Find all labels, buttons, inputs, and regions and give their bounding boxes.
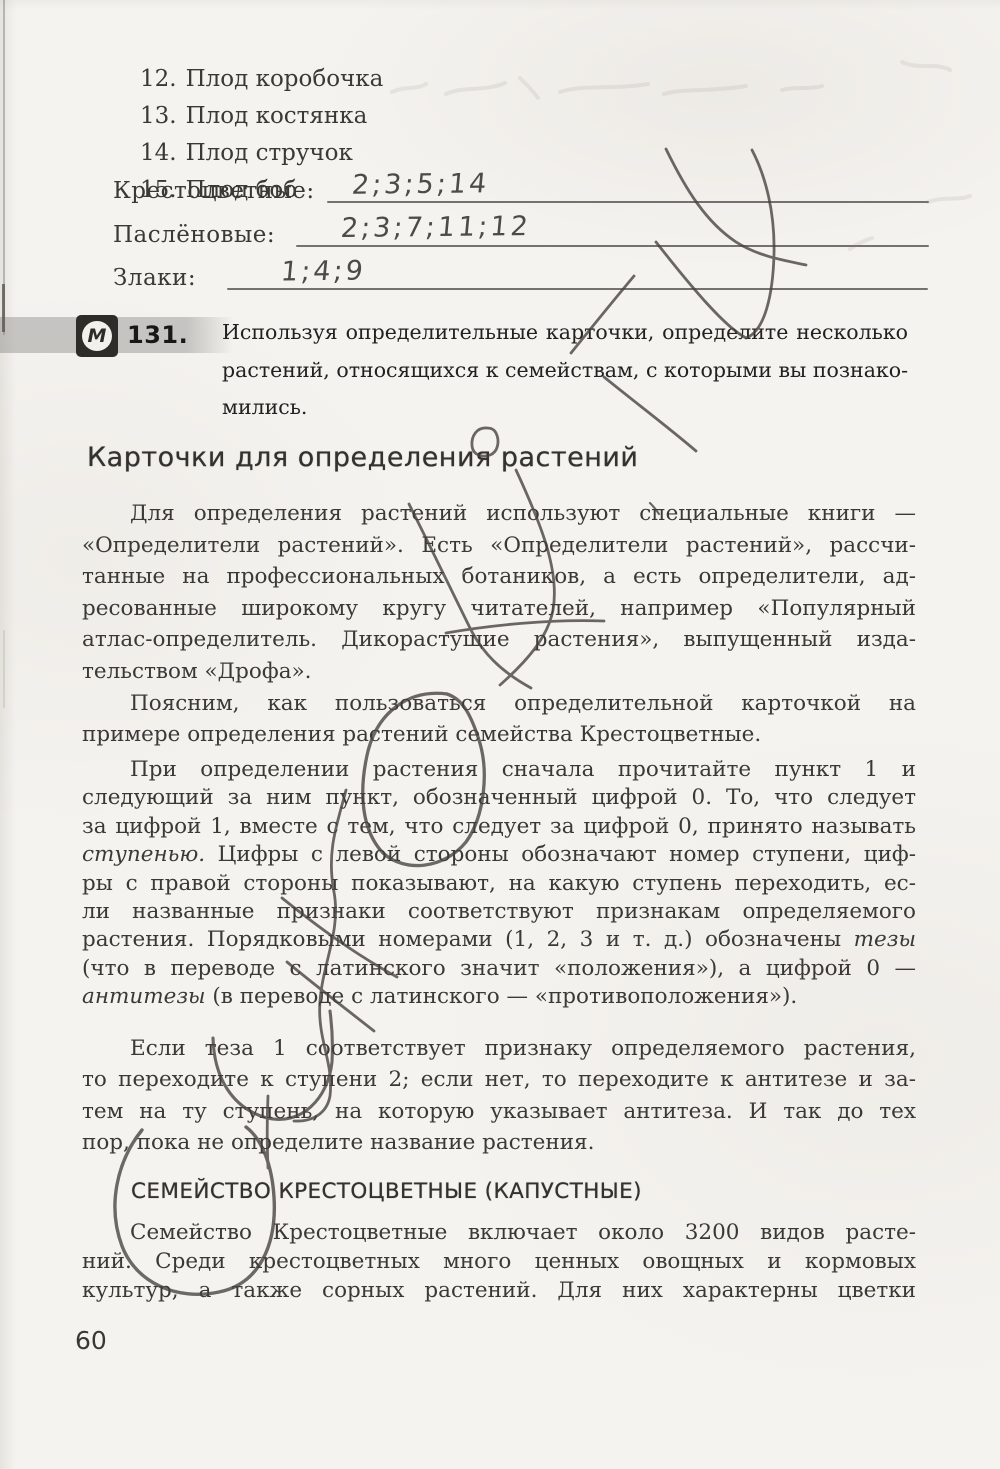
text-segment: следующий за ним пункт, обозначенный циф… bbox=[82, 785, 916, 810]
answer-row-label: Злаки: bbox=[113, 265, 196, 291]
paragraph-block-ifthen: Если теза 1 соответствует признаку опред… bbox=[82, 1036, 916, 1162]
paragraph-line: ступенью. Цифры с левой стороны обознача… bbox=[82, 842, 916, 870]
paragraph-block-intro: Для определения растений используют спец… bbox=[82, 501, 916, 754]
paragraph-line: ний. Среди крестоцветных много ценных ов… bbox=[82, 1249, 916, 1278]
list-item-number: 13. bbox=[140, 103, 177, 129]
paragraph-line: тельством «Дрофа». bbox=[82, 659, 916, 691]
pen-stroke bbox=[656, 150, 774, 338]
paragraph-line: следующий за ним пункт, обозначенный циф… bbox=[82, 785, 916, 813]
paragraph-line: Поясним, как пользоваться определительно… bbox=[82, 691, 916, 723]
text-segment: атлас-определитель. Дикорастущие растени… bbox=[82, 627, 916, 652]
paragraph-line: (что в переводе с латинского значит «пол… bbox=[82, 956, 916, 984]
pen-stroke bbox=[666, 149, 806, 265]
text-segment: то переходите к ступени 2; если нет, то … bbox=[82, 1067, 916, 1092]
paragraph-line: «Определители растений». Есть «Определит… bbox=[82, 533, 916, 565]
text-segment: культур, а также сорных растений. Для ни… bbox=[82, 1278, 916, 1303]
paragraph-line: растения. Порядковыми номерами (1, 2, 3 … bbox=[82, 927, 916, 955]
text-segment: примере определения растений семейства К… bbox=[82, 722, 761, 747]
text-segment: Для определения растений используют спец… bbox=[130, 501, 916, 526]
list-item: 12.Плод коробочка bbox=[140, 66, 383, 92]
paragraph-line: При определении растения сначала прочита… bbox=[82, 757, 916, 785]
answer-row-label: Крестоцветные: bbox=[113, 178, 315, 204]
paragraph-line: Для определения растений используют спец… bbox=[82, 501, 916, 533]
paragraph-line: Если теза 1 соответствует признаку опред… bbox=[82, 1036, 916, 1067]
paragraph-line: Семейство Крестоцветные включает около 3… bbox=[82, 1220, 916, 1249]
paragraph-line: культур, а также сорных растений. Для ни… bbox=[82, 1278, 916, 1307]
italic-term: антитезы bbox=[82, 984, 206, 1009]
text-segment: Если теза 1 соответствует признаку опред… bbox=[130, 1036, 916, 1061]
paragraph-line: ли названные признаки соответствуют приз… bbox=[82, 899, 916, 927]
workbook-page: 12.Плод коробочка 13.Плод костянка 14.Пл… bbox=[0, 0, 1000, 1469]
text-segment: Цифры с левой стороны обозначают номер с… bbox=[205, 842, 916, 867]
text-segment: тем на ту ступень, на которую указывает … bbox=[82, 1099, 916, 1124]
list-item-text: Плод костянка bbox=[186, 103, 368, 129]
paragraph-block-steps: При определении растения сначала прочита… bbox=[82, 757, 916, 1013]
list-item: 14.Плод стручок bbox=[140, 140, 353, 166]
task-number: 131. bbox=[127, 321, 188, 349]
text-segment: танные на профессиональных ботаников, а … bbox=[82, 564, 916, 589]
paragraph-line: пор, пока не определите название растени… bbox=[82, 1130, 916, 1161]
paragraph-line: примере определения растений семейства К… bbox=[82, 722, 916, 754]
paragraph-line: ресованные широкому кругу читателей, нап… bbox=[82, 596, 916, 628]
text-segment: Поясним, как пользоваться определительно… bbox=[130, 691, 916, 716]
text-segment: ресованные широкому кругу читателей, нап… bbox=[82, 596, 916, 621]
paragraph-block-family: Семейство Крестоцветные включает около 3… bbox=[82, 1220, 916, 1307]
text-segment: ний. Среди крестоцветных много ценных ов… bbox=[82, 1249, 916, 1274]
text-segment: за цифрой 1, вместе с тем, что следует з… bbox=[82, 814, 916, 839]
list-item-number: 12. bbox=[140, 66, 177, 92]
scan-edge-faint bbox=[3, 630, 5, 708]
handwritten-answer: 2;3;5;14 bbox=[350, 168, 490, 200]
list-item-number: 14. bbox=[140, 140, 177, 166]
paragraph-line: тем на ту ступень, на которую указывает … bbox=[82, 1099, 916, 1130]
section-heading: Карточки для определения растений bbox=[87, 442, 638, 473]
list-item: 13.Плод костянка bbox=[140, 103, 367, 129]
paragraph-line: ры с правой стороны показывают, на какую… bbox=[82, 871, 916, 899]
paragraph-line: за цифрой 1, вместе с тем, что следует з… bbox=[82, 814, 916, 842]
paragraph-line: то переходите к ступени 2; если нет, то … bbox=[82, 1067, 916, 1098]
answer-row-label: Паслёновые: bbox=[113, 222, 275, 248]
scan-edge-mark bbox=[2, 284, 5, 332]
text-segment: растения. Порядковыми номерами (1, 2, 3 … bbox=[82, 927, 854, 952]
family-subheading: СЕМЕЙСТВО КРЕСТОЦВЕТНЫЕ (КАПУСТНЫЕ) bbox=[131, 1179, 642, 1204]
answer-line bbox=[227, 288, 928, 290]
text-segment: Семейство Крестоцветные включает около 3… bbox=[130, 1220, 916, 1245]
answer-line bbox=[296, 245, 929, 247]
italic-term: тезы bbox=[854, 927, 916, 952]
paragraph-line: танные на профессиональных ботаников, а … bbox=[82, 564, 916, 596]
methodical-marker-badge: М bbox=[76, 315, 118, 357]
paragraph-line: антитезы (в переводе с латинского — «про… bbox=[82, 984, 916, 1012]
list-item-text: Плод коробочка bbox=[186, 66, 384, 92]
paragraph-line: растений, относящихся к семействам, с ко… bbox=[222, 358, 908, 396]
text-segment: тельством «Дрофа». bbox=[82, 659, 312, 684]
text-segment: При определении растения сначала прочита… bbox=[130, 757, 916, 782]
task-text: Используя определительные карточки, опре… bbox=[222, 320, 908, 433]
paragraph-line: мились. bbox=[222, 395, 908, 433]
text-segment: ли названные признаки соответствуют приз… bbox=[82, 899, 916, 924]
answer-line bbox=[327, 201, 929, 203]
page-number: 60 bbox=[75, 1326, 107, 1355]
text-segment: Используя определительные карточки, опре… bbox=[222, 320, 908, 344]
paragraph-line: Используя определительные карточки, опре… bbox=[222, 320, 908, 358]
text-segment: мились. bbox=[222, 395, 307, 419]
list-item-text: Плод стручок bbox=[186, 140, 353, 166]
text-segment: (в переводе с латинского — «противополож… bbox=[206, 984, 798, 1009]
italic-term: ступенью. bbox=[82, 842, 205, 867]
text-segment: пор, пока не определите название растени… bbox=[82, 1130, 594, 1155]
paragraph-line: атлас-определитель. Дикорастущие растени… bbox=[82, 627, 916, 659]
m-marker-icon: М bbox=[82, 321, 112, 351]
text-segment: растений, относящихся к семействам, с ко… bbox=[222, 358, 908, 382]
text-segment: (что в переводе с латинского значит «пол… bbox=[82, 956, 916, 981]
text-segment: «Определители растений». Есть «Определит… bbox=[82, 533, 916, 558]
text-segment: ры с правой стороны показывают, на какую… bbox=[82, 871, 916, 896]
handwritten-answer: 2;3;7;11;12 bbox=[339, 211, 532, 244]
handwritten-answer: 1;4;9 bbox=[279, 256, 367, 288]
